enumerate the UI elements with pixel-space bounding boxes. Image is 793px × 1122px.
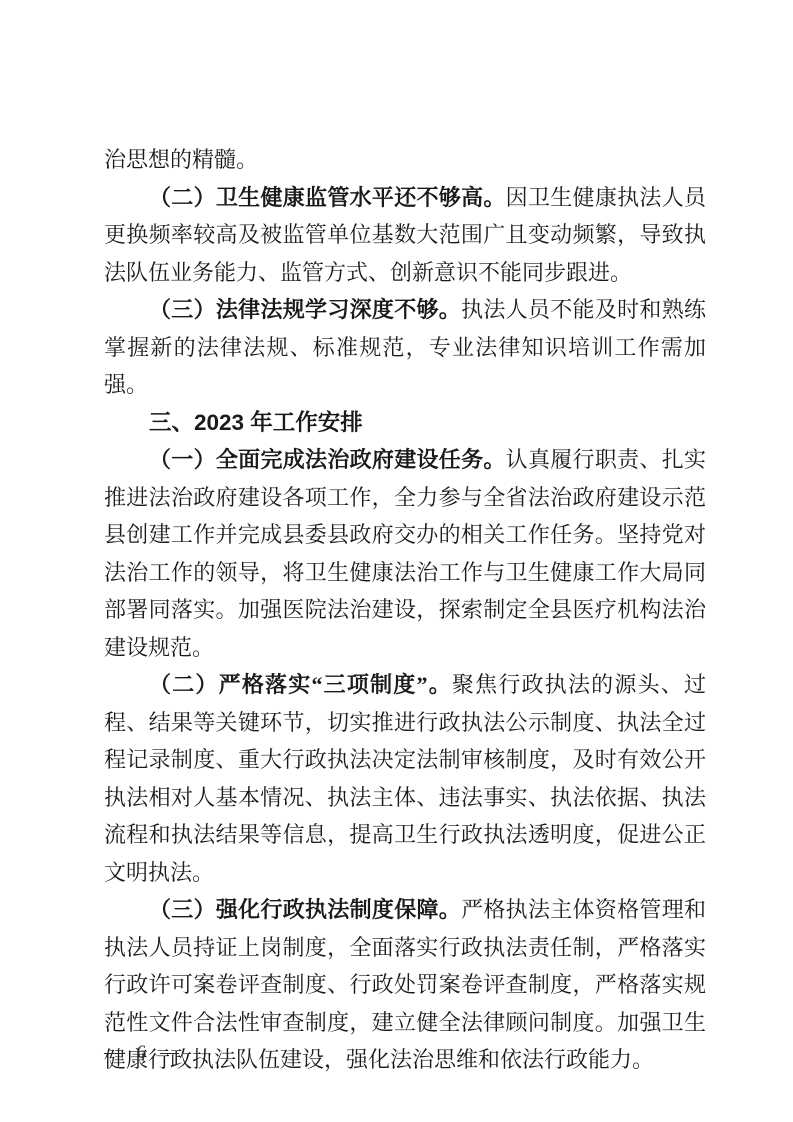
- page-number: — 6 —: [104, 1040, 179, 1066]
- page-number-text: — 6 —: [104, 1042, 179, 1063]
- paragraph-item-1: （一）全面完成法治政府建设任务。认真履行职责、扎实推进法治政府建设各项工作，全力…: [104, 441, 706, 666]
- section-heading: 三、2023 年工作安排: [104, 404, 706, 442]
- paragraph-item-3: （三）法律法规学习深度不够。执法人员不能及时和熟练掌握新的法律法规、标准规范，专…: [104, 291, 706, 404]
- paragraph-item-2: （二）卫生健康监管水平还不够高。因卫生健康执法人员更换频率较高及被监管单位基数大…: [104, 179, 706, 292]
- item-body-text: 认真履行职责、扎实推进法治政府建设各项工作，全力参与全省法治政府建设示范县创建工…: [104, 447, 706, 660]
- item-body-text: 聚焦行政执法的源头、过程、结果等关键环节，切实推进行政执法公示制度、执法全过程记…: [104, 672, 706, 885]
- item-lead: （二）严格落实“三项制度”。: [149, 672, 452, 697]
- paragraph-item-3b: （三）强化行政执法制度保障。严格执法主体资格管理和执法人员持证上岗制度，全面落实…: [104, 891, 706, 1079]
- paragraph-continuation: 治思想的精髓。: [104, 141, 706, 179]
- document-page: 治思想的精髓。 （二）卫生健康监管水平还不够高。因卫生健康执法人员更换频率较高及…: [0, 0, 793, 1122]
- item-lead: （二）卫生健康监管水平还不够高。: [149, 185, 506, 210]
- item-body-text: 严格执法主体资格管理和执法人员持证上岗制度，全面落实行政执法责任制，严格落实行政…: [104, 897, 706, 1072]
- item-lead: （三）法律法规学习深度不够。: [149, 297, 461, 322]
- item-lead: （三）强化行政执法制度保障。: [149, 897, 461, 922]
- item-lead: （一）全面完成法治政府建设任务。: [149, 447, 506, 472]
- paragraph-item-2b: （二）严格落实“三项制度”。聚焦行政执法的源头、过程、结果等关键环节，切实推进行…: [104, 666, 706, 891]
- document-content: 治思想的精髓。 （二）卫生健康监管水平还不够高。因卫生健康执法人员更换频率较高及…: [104, 141, 706, 1079]
